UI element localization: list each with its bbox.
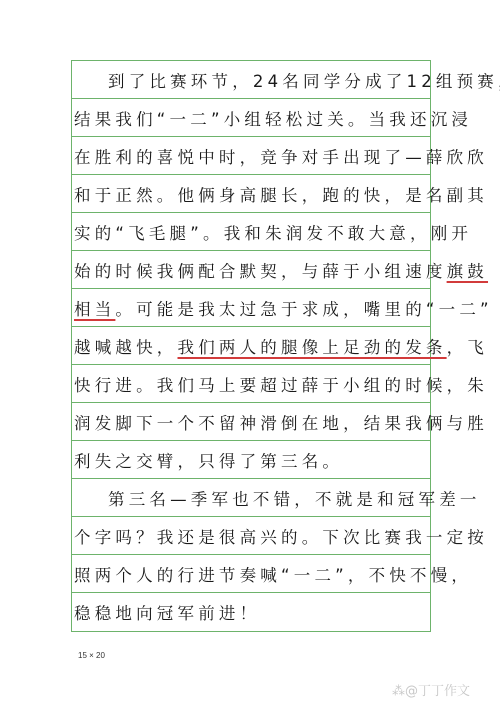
line-text: 稳稳地向冠军前进！ — [74, 600, 260, 624]
line-text: 始的时候我俩配合默契，与薛于小组速度 — [74, 258, 447, 282]
line-text: 到了比赛环节，24名同学分成了12组预赛， — [108, 68, 500, 92]
essay-line: 到了比赛环节，24名同学分成了12组预赛， — [72, 61, 430, 99]
essay-line: 照两个人的行进节奏喊“一二”，不快不慢， — [72, 555, 430, 593]
line-text: 快行进。我们马上要超过薛于小组的时候，朱 — [74, 372, 488, 396]
essay-grid-paper: 到了比赛环节，24名同学分成了12组预赛，结果我们“一二”小组轻松过关。当我还沉… — [71, 60, 431, 632]
essay-line: 第三名—季军也不错，不就是和冠军差一 — [72, 479, 430, 517]
underlined-phrase: 相当 — [74, 296, 115, 320]
essay-line: 越喊越快，我们两人的腿像上足劲的发条，飞 — [72, 327, 430, 365]
essay-line: 始的时候我俩配合默契，与薛于小组速度旗鼓 — [72, 251, 430, 289]
essay-line: 实的“飞毛腿”。我和朱润发不敢大意，刚开 — [72, 213, 430, 251]
line-text: 个字吗？我还是很高兴的。下次比赛我一定按 — [74, 524, 488, 548]
line-text: 结果我们“一二”小组轻松过关。当我还沉浸 — [74, 106, 472, 130]
essay-line: 快行进。我们马上要超过薛于小组的时候，朱 — [72, 365, 430, 403]
underlined-phrase: 旗鼓 — [447, 258, 488, 282]
line-text: 。可能是我太过急于求成，嘴里的“一二” — [115, 296, 492, 320]
line-text: ，飞 — [447, 334, 488, 358]
essay-line: 和于正然。他俩身高腿长，跑的快，是名副其 — [72, 175, 430, 213]
line-text: 第三名—季军也不错，不就是和冠军差一 — [108, 486, 481, 510]
essay-line: 个字吗？我还是很高兴的。下次比赛我一定按 — [72, 517, 430, 555]
essay-line: 利失之交臂，只得了第三名。 — [72, 441, 430, 479]
watermark-logo: ⁂@丁丁作文 — [392, 680, 470, 699]
essay-line: 结果我们“一二”小组轻松过关。当我还沉浸 — [72, 99, 430, 137]
line-text: 和于正然。他俩身高腿长，跑的快，是名副其 — [74, 182, 488, 206]
line-text: 照两个人的行进节奏喊“一二”，不快不慢， — [74, 562, 472, 586]
line-text: 实的“飞毛腿”。我和朱润发不敢大意，刚开 — [74, 220, 472, 244]
line-text: 在胜利的喜悦中时，竞争对手出现了—薛欣欣 — [74, 144, 488, 168]
line-text: 利失之交臂，只得了第三名。 — [74, 448, 343, 472]
essay-line: 在胜利的喜悦中时，竞争对手出现了—薛欣欣 — [72, 137, 430, 175]
line-text: 润发脚下一个不留神滑倒在地，结果我俩与胜 — [74, 410, 488, 434]
essay-line: 润发脚下一个不留神滑倒在地，结果我俩与胜 — [72, 403, 430, 441]
grid-size-caption: 15 × 20 — [78, 651, 105, 660]
underlined-phrase: 我们两人的腿像上足劲的发条 — [178, 334, 447, 358]
essay-line: 稳稳地向冠军前进！ — [72, 593, 430, 631]
line-text: 越喊越快， — [74, 334, 178, 358]
essay-line: 相当。可能是我太过急于求成，嘴里的“一二” — [72, 289, 430, 327]
